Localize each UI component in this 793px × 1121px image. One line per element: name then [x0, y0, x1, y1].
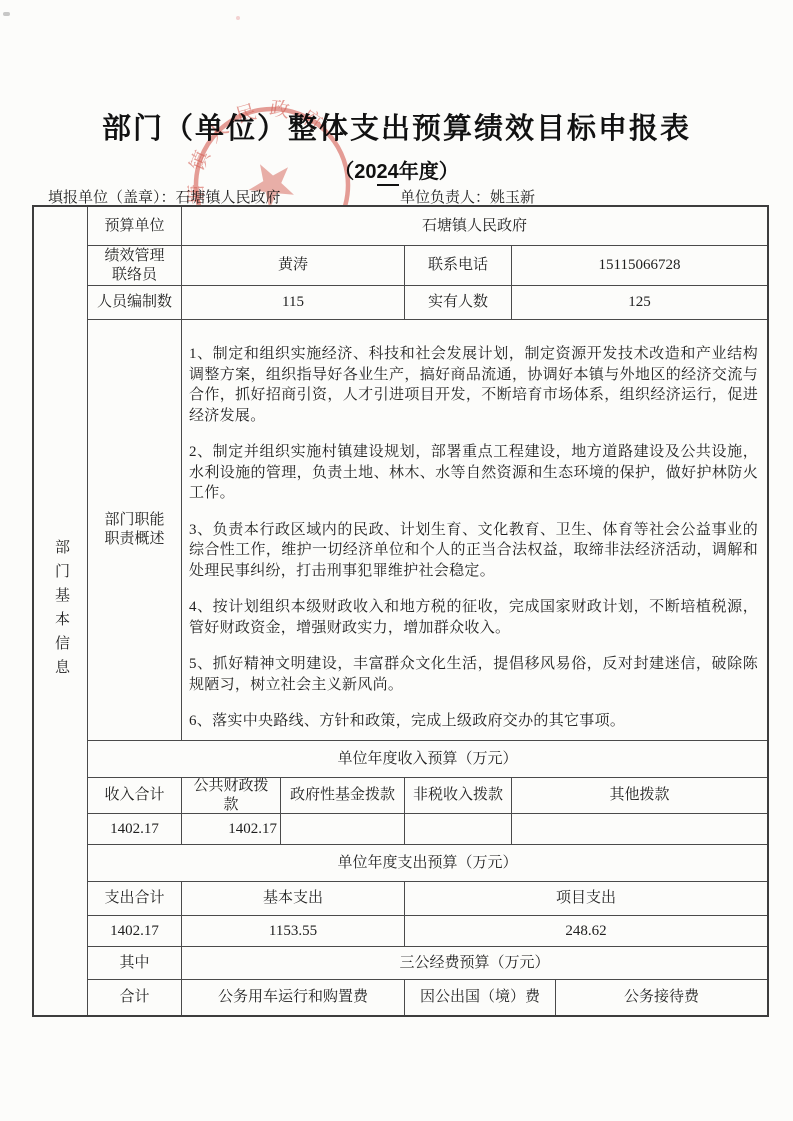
scan-speck	[3, 12, 10, 16]
duties-paragraph: 6、落实中央路线、方针和政策，完成上级政府交办的其它事项。	[189, 711, 758, 732]
income-header-nontax: 非税收入拨款	[405, 778, 512, 814]
unit-head-value: 姚玉新	[490, 190, 535, 206]
page-subtitle: （2024年度）	[0, 155, 793, 184]
staffing-value: 115	[182, 286, 405, 320]
expenditure-header-total: 支出合计	[88, 882, 182, 916]
three-public-title: 三公经费预算（万元）	[182, 947, 767, 980]
expenditure-value-total: 1402.17	[88, 916, 182, 947]
duties-paragraph: 1、制定和组织实施经济、科技和社会发展计划，制定资源开发技术改造和产业结构调整方…	[189, 344, 758, 426]
subtitle-prefix: （20	[334, 161, 376, 183]
income-section-title: 单位年度收入预算（万元）	[88, 741, 767, 778]
income-header-gov-fund: 政府性基金拨款	[281, 778, 405, 814]
actual-staff-label: 实有人数	[405, 286, 512, 320]
duties-content: 1、制定和组织实施经济、科技和社会发展计划，制定资源开发技术改造和产业结构调整方…	[182, 320, 767, 741]
income-value-other	[512, 814, 767, 845]
expenditure-value-project: 248.62	[405, 916, 767, 947]
budget-form-table: 部门基本信息 预算单位 石塘镇人民政府 绩效管理 联络员 黄涛 联系电话 151…	[32, 205, 769, 1017]
scan-speck	[236, 16, 240, 20]
report-unit-value: 石塘镇人民政府	[176, 190, 281, 206]
budget-unit-value: 石塘镇人民政府	[182, 207, 767, 246]
duties-label: 部门职能 职责概述	[88, 320, 182, 741]
duties-paragraph: 5、抓好精神文明建设，丰富群众文化生活，提倡移风易俗，反对封建迷信，破除陈规陋习…	[189, 654, 758, 695]
phone-label: 联系电话	[405, 246, 512, 286]
unit-head-label: 单位负责人：	[400, 190, 490, 206]
duties-paragraph: 3、负责本行政区域内的民政、计划生育、文化教育、卫生、体育等社会公益事业的综合性…	[189, 520, 758, 582]
three-public-header-reception: 公务接待费	[556, 980, 767, 1015]
subtitle-suffix: 年度）	[399, 161, 459, 183]
duties-paragraph: 2、制定并组织实施村镇建设规划，部署重点工程建设，地方道路建设及公共设施，水利设…	[189, 442, 758, 504]
three-public-header-abroad: 因公出国（境）费	[405, 980, 556, 1015]
expenditure-header-basic: 基本支出	[182, 882, 405, 916]
phone-value: 15115066728	[512, 246, 767, 286]
income-header-total: 收入合计	[88, 778, 182, 814]
three-public-among-label: 其中	[88, 947, 182, 980]
income-value-nontax	[405, 814, 512, 845]
expenditure-header-project: 项目支出	[405, 882, 767, 916]
three-public-total-label: 合计	[88, 980, 182, 1015]
expenditure-value-basic: 1153.55	[182, 916, 405, 947]
income-header-other: 其他拨款	[512, 778, 767, 814]
income-header-public-finance: 公共财政拨 款	[182, 778, 281, 814]
three-public-header-vehicle: 公务用车运行和购置费	[182, 980, 405, 1015]
expenditure-section-title: 单位年度支出预算（万元）	[88, 845, 767, 882]
income-value-total: 1402.17	[88, 814, 182, 845]
unit-head: 单位负责人：姚玉新	[400, 186, 535, 207]
income-value-public-finance: 1402.17	[182, 814, 281, 845]
scanned-budget-form-page: 部门（单位）整体支出预算绩效目标申报表 （2024年度） 填报单位（盖章）：石塘…	[0, 0, 793, 1121]
page-title: 部门（单位）整体支出预算绩效目标申报表	[0, 106, 793, 147]
report-unit-label: 填报单位（盖章）：	[48, 190, 176, 206]
liaison-label: 绩效管理 联络员	[88, 246, 182, 286]
staffing-label: 人员编制数	[88, 286, 182, 320]
duties-paragraph: 4、按计划组织本级财政收入和地方税的征收，完成国家财政计划，不断培植税源，管好财…	[189, 597, 758, 638]
income-value-gov-fund	[281, 814, 405, 845]
actual-staff-value: 125	[512, 286, 767, 320]
budget-unit-label: 预算单位	[88, 207, 182, 246]
subtitle-year-underlined: 24	[377, 161, 399, 186]
report-unit: 填报单位（盖章）：石塘镇人民政府	[48, 186, 281, 207]
liaison-value: 黄涛	[182, 246, 405, 286]
section-label-basic-info: 部门基本信息	[34, 207, 88, 1015]
